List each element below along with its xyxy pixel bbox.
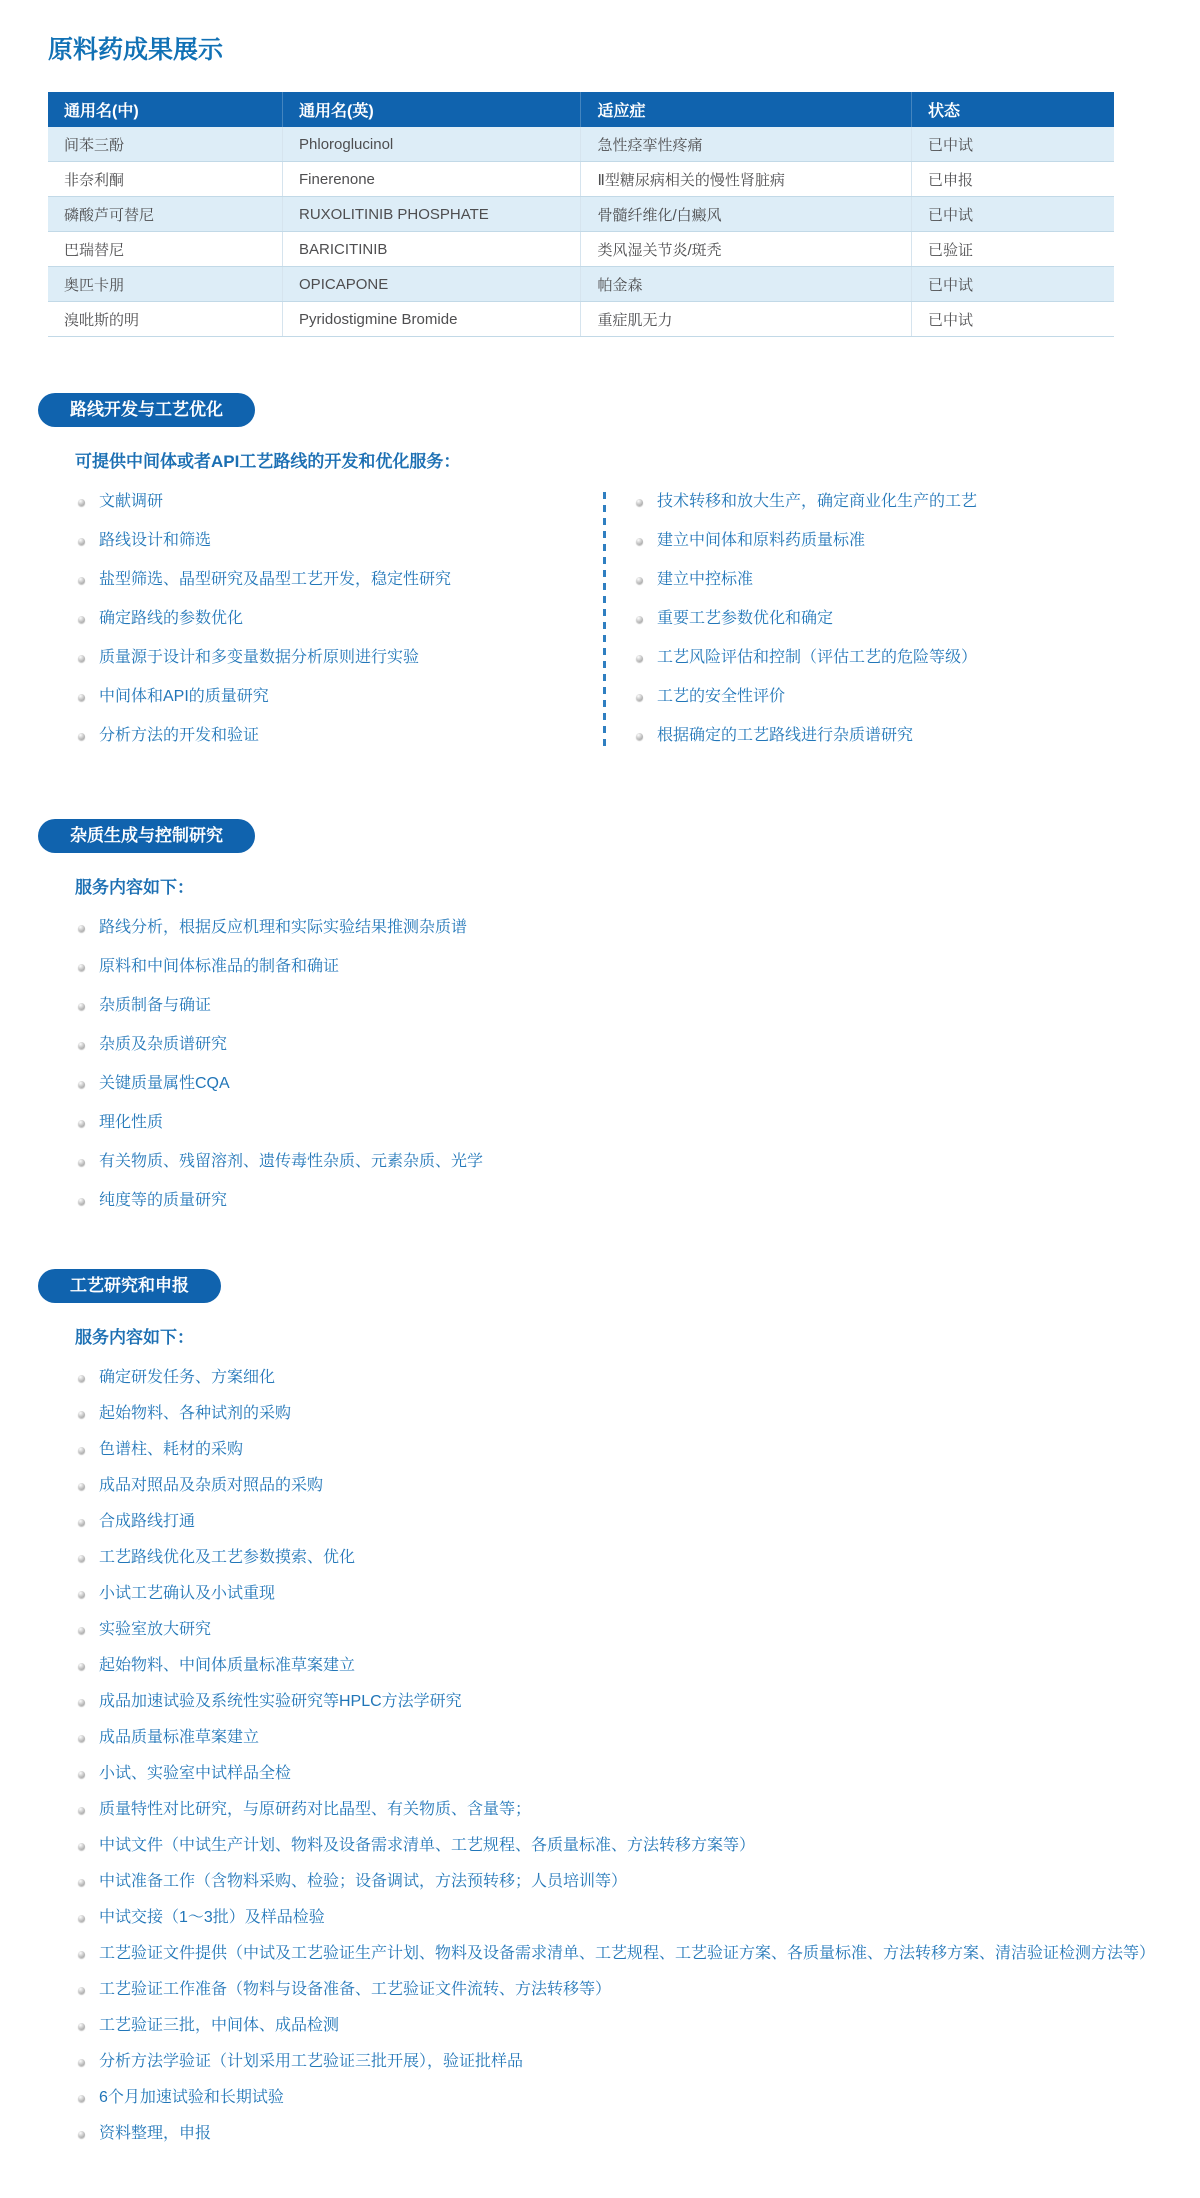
bullet-icon xyxy=(78,694,85,701)
bullet-icon xyxy=(78,1411,85,1418)
list-item: 杂质及杂质谱研究 xyxy=(78,1033,1182,1057)
bullet-icon xyxy=(78,1879,85,1886)
list-item-text: 小试工艺确认及小试重现 xyxy=(99,1582,275,1606)
section-lead: 服务内容如下： xyxy=(75,1323,1182,1348)
list-item-text: 实验室放大研究 xyxy=(99,1618,211,1642)
table-cell: Ⅱ型糖尿病相关的慢性肾脏病 xyxy=(581,162,911,197)
list-item-text: 合成路线打通 xyxy=(99,1510,195,1534)
bullet-icon xyxy=(78,1951,85,1958)
section-route-development: 路线开发与工艺优化 可提供中间体或者API工艺路线的开发和优化服务： 文献调研路… xyxy=(48,393,1182,763)
bullet-icon xyxy=(78,1198,85,1205)
section-lead: 可提供中间体或者API工艺路线的开发和优化服务： xyxy=(75,447,1182,472)
list-item-text: 分析方法的开发和验证 xyxy=(99,724,259,748)
list-item: 实验室放大研究 xyxy=(78,1618,1182,1642)
bullet-icon xyxy=(78,1843,85,1850)
bullet-icon xyxy=(78,2095,85,2102)
table-row: 间苯三酚Phloroglucinol急性痉挛性疼痛已中试 xyxy=(48,127,1114,162)
bullet-icon xyxy=(78,1375,85,1382)
list-item-text: 质量源于设计和多变量数据分析原则进行实验 xyxy=(99,646,419,670)
section-process-research-filing: 工艺研究和申报 服务内容如下： 确定研发任务、方案细化起始物料、各种试剂的采购色… xyxy=(48,1269,1182,2146)
list-item-text: 工艺验证三批，中间体、成品检测 xyxy=(99,2014,339,2038)
table-cell: 已申报 xyxy=(911,162,1114,197)
section-title: 工艺研究和申报 xyxy=(70,1276,189,1295)
bullet-icon xyxy=(78,1447,85,1454)
list-item: 小试、实验室中试样品全检 xyxy=(78,1762,1182,1786)
bullet-icon xyxy=(78,1987,85,1994)
table-cell: 急性痉挛性疼痛 xyxy=(581,127,911,162)
section-title-pill: 杂质生成与控制研究 xyxy=(38,819,255,853)
list-item: 确定路线的参数优化 xyxy=(78,607,603,631)
bullet-icon xyxy=(636,733,643,740)
bullet-icon xyxy=(636,694,643,701)
bullet-icon xyxy=(78,1591,85,1598)
list-item-text: 中间体和API的质量研究 xyxy=(99,685,269,709)
bullet-icon xyxy=(78,499,85,506)
list-item-text: 6个月加速试验和长期试验 xyxy=(99,2086,284,2110)
table-cell: 巴瑞替尼 xyxy=(48,232,283,267)
list-item-text: 纯度等的质量研究 xyxy=(99,1189,227,1213)
table-cell: 奥匹卡朋 xyxy=(48,267,283,302)
bullet-list-right: 技术转移和放大生产，确定商业化生产的工艺建立中间体和原料药质量标准建立中控标准重… xyxy=(606,488,977,763)
list-item-text: 工艺风险评估和控制（评估工艺的危险等级） xyxy=(657,646,977,670)
page-title: 原料药成果展示 xyxy=(48,34,1182,66)
table-cell: 非奈利酮 xyxy=(48,162,283,197)
list-item-text: 技术转移和放大生产，确定商业化生产的工艺 xyxy=(657,490,977,514)
list-item: 起始物料、中间体质量标准草案建立 xyxy=(78,1654,1182,1678)
list-item-text: 建立中间体和原料药质量标准 xyxy=(657,529,865,553)
list-item: 有关物质、残留溶剂、遗传毒性杂质、元素杂质、光学 xyxy=(78,1150,1182,1174)
table-cell: Finerenone xyxy=(283,162,581,197)
column-header: 状态 xyxy=(911,92,1114,127)
list-item-text: 中试文件（中试生产计划、物料及设备需求清单、工艺规程、各质量标准、方法转移方案等… xyxy=(99,1834,755,1858)
page: 原料药成果展示 通用名(中)通用名(英)适应症状态 间苯三酚Phlorogluc… xyxy=(0,0,1200,2198)
list-item-text: 工艺的安全性评价 xyxy=(657,685,785,709)
table-cell: RUXOLITINIB PHOSPHATE xyxy=(283,197,581,232)
list-item: 工艺验证三批，中间体、成品检测 xyxy=(78,2014,1182,2038)
list-item-text: 原料和中间体标准品的制备和确证 xyxy=(99,955,339,979)
list-item: 关键质量属性CQA xyxy=(78,1072,1182,1096)
table-cell: 骨髓纤维化/白癜风 xyxy=(581,197,911,232)
bullet-icon xyxy=(78,616,85,623)
list-item: 中试交接（1～3批）及样品检验 xyxy=(78,1906,1182,1930)
section-title: 杂质生成与控制研究 xyxy=(70,826,223,845)
list-item-text: 工艺验证工作准备（物料与设备准备、工艺验证文件流转、方法转移等） xyxy=(99,1978,611,2002)
column-header: 通用名(英) xyxy=(283,92,581,127)
list-item: 工艺的安全性评价 xyxy=(636,685,977,709)
table-cell: 帕金森 xyxy=(581,267,911,302)
bullet-icon xyxy=(636,538,643,545)
section-title: 路线开发与工艺优化 xyxy=(70,400,223,419)
list-item-text: 确定研发任务、方案细化 xyxy=(99,1366,275,1390)
list-item: 质量特性对比研究，与原研药对比晶型、有关物质、含量等； xyxy=(78,1798,1182,1822)
bullet-icon xyxy=(78,577,85,584)
list-item: 路线分析，根据反应机理和实际实验结果推测杂质谱 xyxy=(78,916,1182,940)
bullet-icon xyxy=(78,1519,85,1526)
list-item-text: 成品对照品及杂质对照品的采购 xyxy=(99,1474,323,1498)
list-item-text: 成品加速试验及系统性实验研究等HPLC方法学研究 xyxy=(99,1690,462,1714)
list-item: 小试工艺确认及小试重现 xyxy=(78,1582,1182,1606)
table-cell: Pyridostigmine Bromide xyxy=(283,302,581,337)
table-body: 间苯三酚Phloroglucinol急性痉挛性疼痛已中试非奈利酮Finereno… xyxy=(48,127,1114,337)
list-item-text: 理化性质 xyxy=(99,1111,163,1135)
table-cell: 已中试 xyxy=(911,302,1114,337)
bullet-list: 确定研发任务、方案细化起始物料、各种试剂的采购色谱柱、耗材的采购成品对照品及杂质… xyxy=(48,1364,1182,2146)
table-row: 溴吡斯的明Pyridostigmine Bromide重症肌无力已中试 xyxy=(48,302,1114,337)
list-item: 文献调研 xyxy=(78,490,603,514)
table-row: 非奈利酮FinerenoneⅡ型糖尿病相关的慢性肾脏病已申报 xyxy=(48,162,1114,197)
list-item-text: 建立中控标准 xyxy=(657,568,753,592)
bullet-icon xyxy=(78,733,85,740)
list-item: 盐型筛选、晶型研究及晶型工艺开发，稳定性研究 xyxy=(78,568,603,592)
list-item: 分析方法学验证（计划采用工艺验证三批开展），验证批样品 xyxy=(78,2050,1182,2074)
list-item-text: 工艺路线优化及工艺参数摸索、优化 xyxy=(99,1546,355,1570)
list-item: 技术转移和放大生产，确定商业化生产的工艺 xyxy=(636,490,977,514)
list-item: 原料和中间体标准品的制备和确证 xyxy=(78,955,1182,979)
list-item-text: 起始物料、中间体质量标准草案建立 xyxy=(99,1654,355,1678)
section-lead: 服务内容如下： xyxy=(75,873,1182,898)
bullet-icon xyxy=(78,655,85,662)
table-row: 巴瑞替尼BARICITINIB类风湿关节炎/斑秃已验证 xyxy=(48,232,1114,267)
table-cell: 重症肌无力 xyxy=(581,302,911,337)
table-cell: 类风湿关节炎/斑秃 xyxy=(581,232,911,267)
list-item: 理化性质 xyxy=(78,1111,1182,1135)
table-row: 磷酸芦可替尼RUXOLITINIB PHOSPHATE骨髓纤维化/白癜风已中试 xyxy=(48,197,1114,232)
table-cell: BARICITINIB xyxy=(283,232,581,267)
list-item: 根据确定的工艺路线进行杂质谱研究 xyxy=(636,724,977,748)
bullet-icon xyxy=(78,538,85,545)
list-item-text: 路线分析，根据反应机理和实际实验结果推测杂质谱 xyxy=(99,916,467,940)
list-item: 建立中间体和原料药质量标准 xyxy=(636,529,977,553)
bullet-icon xyxy=(78,1699,85,1706)
bullet-icon xyxy=(78,1081,85,1088)
table-cell: 间苯三酚 xyxy=(48,127,283,162)
list-item-text: 分析方法学验证（计划采用工艺验证三批开展），验证批样品 xyxy=(99,2050,523,2074)
list-item: 资料整理，申报 xyxy=(78,2122,1182,2146)
list-item-text: 起始物料、各种试剂的采购 xyxy=(99,1402,291,1426)
list-item: 重要工艺参数优化和确定 xyxy=(636,607,977,631)
bullet-list: 路线分析，根据反应机理和实际实验结果推测杂质谱原料和中间体标准品的制备和确证杂质… xyxy=(48,914,1182,1213)
list-item: 杂质制备与确证 xyxy=(78,994,1182,1018)
list-item: 6个月加速试验和长期试验 xyxy=(78,2086,1182,2110)
column-header: 通用名(中) xyxy=(48,92,283,127)
list-item-text: 根据确定的工艺路线进行杂质谱研究 xyxy=(657,724,913,748)
bullet-icon xyxy=(78,1555,85,1562)
list-item: 成品对照品及杂质对照品的采购 xyxy=(78,1474,1182,1498)
bullet-icon xyxy=(78,2131,85,2138)
bullet-icon xyxy=(78,1663,85,1670)
bullet-icon xyxy=(78,1915,85,1922)
table-cell: OPICAPONE xyxy=(283,267,581,302)
list-item-text: 盐型筛选、晶型研究及晶型工艺开发，稳定性研究 xyxy=(99,568,451,592)
list-item-text: 质量特性对比研究，与原研药对比晶型、有关物质、含量等； xyxy=(99,1798,531,1822)
table-header-row: 通用名(中)通用名(英)适应症状态 xyxy=(48,92,1114,127)
list-item: 成品质量标准草案建立 xyxy=(78,1726,1182,1750)
two-column-list: 文献调研路线设计和筛选盐型筛选、晶型研究及晶型工艺开发，稳定性研究确定路线的参数… xyxy=(48,488,1182,763)
list-item: 工艺路线优化及工艺参数摸索、优化 xyxy=(78,1546,1182,1570)
table-cell: 已中试 xyxy=(911,127,1114,162)
bullet-icon xyxy=(78,1483,85,1490)
bullet-icon xyxy=(636,577,643,584)
list-item: 工艺验证工作准备（物料与设备准备、工艺验证文件流转、方法转移等） xyxy=(78,1978,1182,2002)
bullet-icon xyxy=(78,1807,85,1814)
list-item-text: 工艺验证文件提供（中试及工艺验证生产计划、物料及设备需求清单、工艺规程、工艺验证… xyxy=(99,1942,1155,1966)
list-item-text: 确定路线的参数优化 xyxy=(99,607,243,631)
list-item-text: 杂质及杂质谱研究 xyxy=(99,1033,227,1057)
bullet-icon xyxy=(78,1771,85,1778)
bullet-icon xyxy=(78,2023,85,2030)
list-item-text: 路线设计和筛选 xyxy=(99,529,211,553)
list-item: 成品加速试验及系统性实验研究等HPLC方法学研究 xyxy=(78,1690,1182,1714)
list-item-text: 色谱柱、耗材的采购 xyxy=(99,1438,243,1462)
list-item-text: 小试、实验室中试样品全检 xyxy=(99,1762,291,1786)
list-item: 纯度等的质量研究 xyxy=(78,1189,1182,1213)
bullet-icon xyxy=(78,925,85,932)
section-impurity-research: 杂质生成与控制研究 服务内容如下： 路线分析，根据反应机理和实际实验结果推测杂质… xyxy=(48,819,1182,1213)
list-item: 分析方法的开发和验证 xyxy=(78,724,603,748)
list-item: 工艺验证文件提供（中试及工艺验证生产计划、物料及设备需求清单、工艺规程、工艺验证… xyxy=(78,1942,1182,1966)
bullet-icon xyxy=(636,655,643,662)
bullet-icon xyxy=(78,964,85,971)
list-item: 起始物料、各种试剂的采购 xyxy=(78,1402,1182,1426)
api-results-table: 通用名(中)通用名(英)适应症状态 间苯三酚Phloroglucinol急性痉挛… xyxy=(48,92,1114,337)
list-item-text: 中试交接（1～3批）及样品检验 xyxy=(99,1906,325,1930)
table-cell: 磷酸芦可替尼 xyxy=(48,197,283,232)
bullet-list-left: 文献调研路线设计和筛选盐型筛选、晶型研究及晶型工艺开发，稳定性研究确定路线的参数… xyxy=(48,488,603,763)
bullet-icon xyxy=(78,1042,85,1049)
list-item-text: 文献调研 xyxy=(99,490,163,514)
table-cell: 已中试 xyxy=(911,197,1114,232)
list-item: 中试准备工作（含物料采购、检验；设备调试，方法预转移；人员培训等） xyxy=(78,1870,1182,1894)
bullet-icon xyxy=(78,2059,85,2066)
list-item: 确定研发任务、方案细化 xyxy=(78,1366,1182,1390)
list-item-text: 资料整理，申报 xyxy=(99,2122,211,2146)
table-cell: Phloroglucinol xyxy=(283,127,581,162)
list-item-text: 中试准备工作（含物料采购、检验；设备调试，方法预转移；人员培训等） xyxy=(99,1870,627,1894)
list-item: 路线设计和筛选 xyxy=(78,529,603,553)
bullet-icon xyxy=(78,1003,85,1010)
section-title-pill: 工艺研究和申报 xyxy=(38,1269,221,1303)
section-title-pill: 路线开发与工艺优化 xyxy=(38,393,255,427)
bullet-icon xyxy=(78,1159,85,1166)
table-row: 奥匹卡朋OPICAPONE帕金森已中试 xyxy=(48,267,1114,302)
list-item: 建立中控标准 xyxy=(636,568,977,592)
table-cell: 已验证 xyxy=(911,232,1114,267)
list-item: 中间体和API的质量研究 xyxy=(78,685,603,709)
bullet-icon xyxy=(78,1627,85,1634)
bullet-icon xyxy=(78,1120,85,1127)
list-item: 质量源于设计和多变量数据分析原则进行实验 xyxy=(78,646,603,670)
list-item-text: 杂质制备与确证 xyxy=(99,994,211,1018)
bullet-icon xyxy=(78,1735,85,1742)
table-cell: 溴吡斯的明 xyxy=(48,302,283,337)
list-item-text: 成品质量标准草案建立 xyxy=(99,1726,259,1750)
list-item: 合成路线打通 xyxy=(78,1510,1182,1534)
table-cell: 已中试 xyxy=(911,267,1114,302)
column-header: 适应症 xyxy=(581,92,911,127)
list-item-text: 重要工艺参数优化和确定 xyxy=(657,607,833,631)
list-item: 色谱柱、耗材的采购 xyxy=(78,1438,1182,1462)
list-item: 工艺风险评估和控制（评估工艺的危险等级） xyxy=(636,646,977,670)
bullet-icon xyxy=(636,499,643,506)
list-item: 中试文件（中试生产计划、物料及设备需求清单、工艺规程、各质量标准、方法转移方案等… xyxy=(78,1834,1182,1858)
list-item-text: 有关物质、残留溶剂、遗传毒性杂质、元素杂质、光学 xyxy=(99,1150,483,1174)
bullet-icon xyxy=(636,616,643,623)
list-item-text: 关键质量属性CQA xyxy=(99,1072,230,1096)
